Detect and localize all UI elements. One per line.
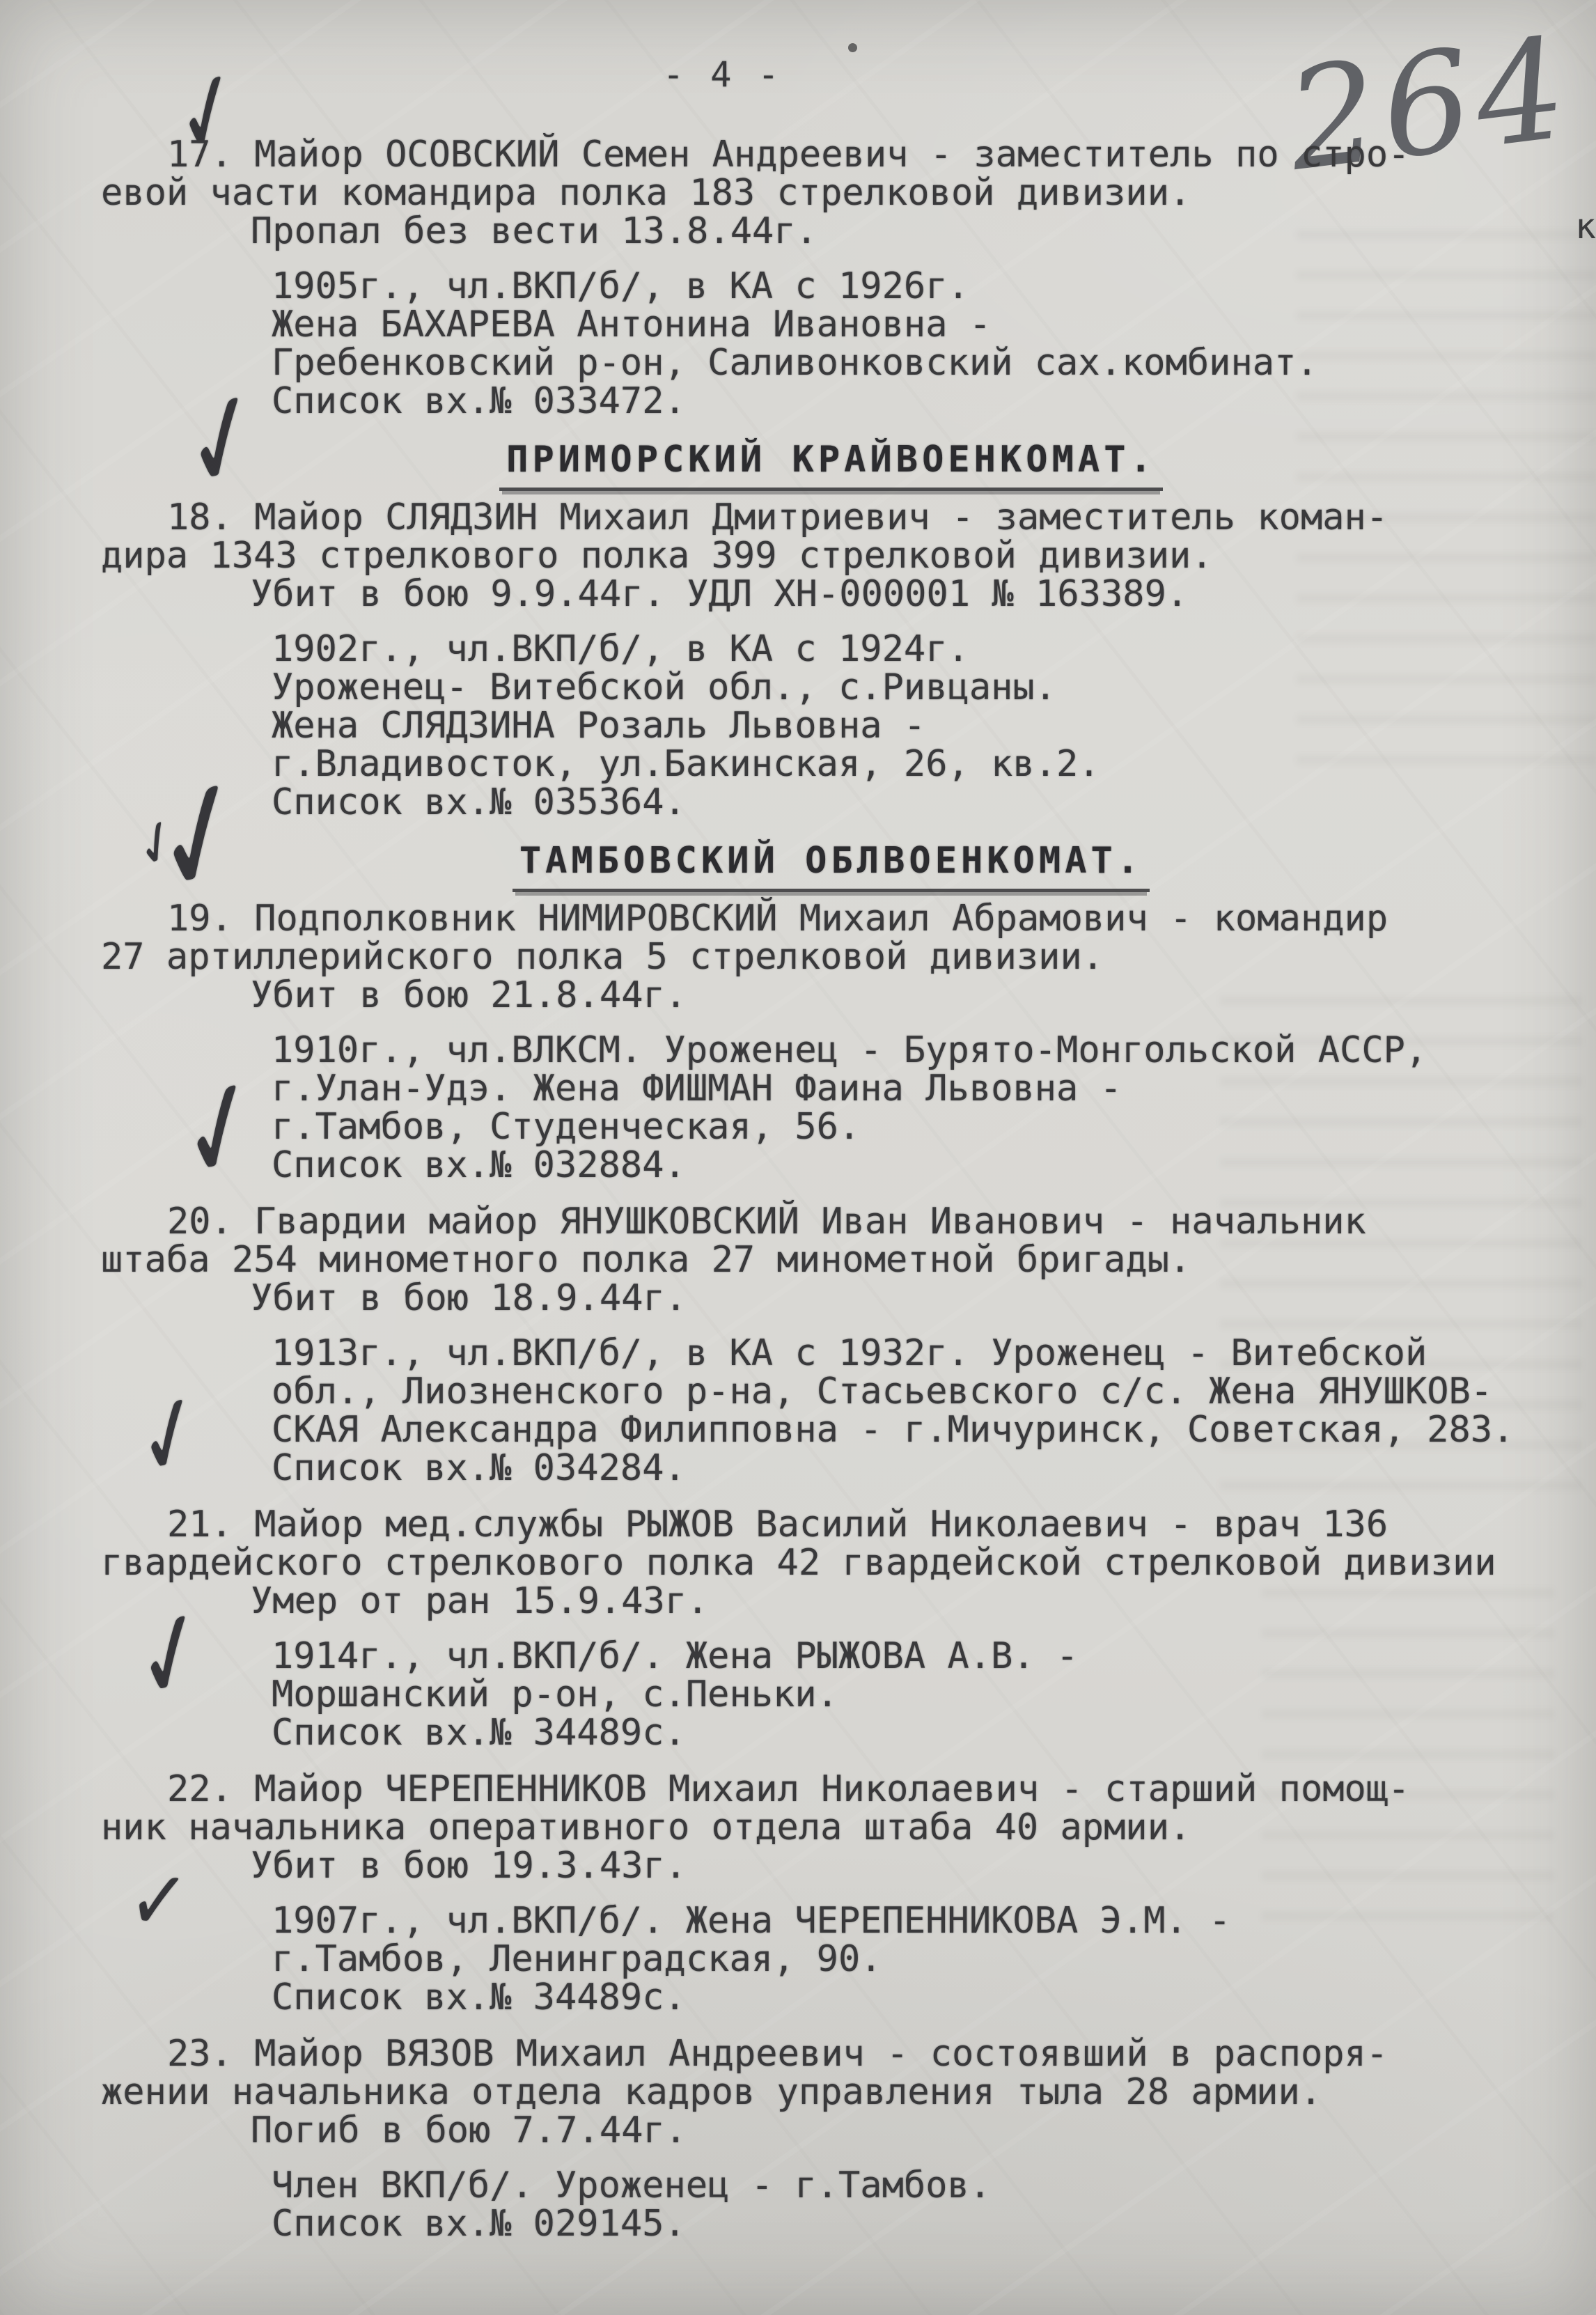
entry-line: 1905г., чл.ВКП/б/, в КА с 1926г. bbox=[101, 267, 1561, 306]
entry-line: Уроженец- Витебской обл., с.Ривцаны. bbox=[101, 669, 1561, 707]
entry-line: Пропал без вести 13.8.44г. bbox=[101, 212, 1561, 251]
entry-21: 21. Майор мед.службы РЫЖОВ Василий Никол… bbox=[101, 1506, 1561, 1752]
entry-line: Список вх.№ 033472. bbox=[101, 382, 1561, 421]
entry-18: 18. Майор СЛЯДЗИН Михаил Дмитриевич - за… bbox=[101, 499, 1561, 822]
entry-line: 20. Гвардии майор ЯНУШКОВСКИЙ Иван Ивано… bbox=[101, 1203, 1561, 1241]
entry-line: Гребенковский р-он, Саливонковский сах.к… bbox=[101, 344, 1561, 382]
entry-20: 20. Гвардии майор ЯНУШКОВСКИЙ Иван Ивано… bbox=[101, 1203, 1561, 1488]
entry-line: г.Тамбов, Студенческая, 56. bbox=[101, 1108, 1561, 1146]
page-number: - 4 - bbox=[663, 54, 782, 95]
entry-line: Список вх.№ 029145. bbox=[101, 2205, 1561, 2243]
entry-line: Убит в бою 9.9.44г. УДЛ ХН-000001 № 1633… bbox=[101, 575, 1561, 614]
entry-line: 1913г., чл.ВКП/б/, в КА с 1932г. Урожене… bbox=[101, 1334, 1561, 1373]
section-heading: ПРИМОРСКИЙ КРАЙВОЕНКОМАТ. bbox=[101, 439, 1561, 481]
entry-line: обл., Лиозненского р-на, Стасьевского с/… bbox=[101, 1373, 1561, 1411]
entry-line: 1910г., чл.ВЛКСМ. Уроженец - Бурято-Монг… bbox=[101, 1031, 1561, 1070]
entry-line: Моршанский р-он, с.Пеньки. bbox=[101, 1676, 1561, 1714]
entry-line: ник начальника оперативного отдела штаба… bbox=[101, 1809, 1561, 1847]
entry-line: Убит в бою 19.3.43г. bbox=[101, 1847, 1561, 1885]
entry-line: 17. Майор ОСОВСКИЙ Семен Андреевич - зам… bbox=[101, 136, 1561, 174]
entry-line: Жена БАХАРЕВА Антонина Ивановна - bbox=[101, 306, 1561, 344]
entry-line: Список вх.№ 034284. bbox=[101, 1449, 1561, 1488]
section-unheaded: 17. Майор ОСОВСКИЙ Семен Андреевич - зам… bbox=[101, 136, 1561, 421]
entry-line: 1914г., чл.ВКП/б/. Жена РЫЖОВА А.В. - bbox=[101, 1637, 1561, 1676]
entry-line: 18. Майор СЛЯДЗИН Михаил Дмитриевич - за… bbox=[101, 499, 1561, 537]
entry-line: 21. Майор мед.службы РЫЖОВ Василий Никол… bbox=[101, 1506, 1561, 1544]
entry-line: Список вх.№ 035364. bbox=[101, 784, 1561, 822]
edge-text-fragment: к bbox=[1575, 206, 1596, 247]
entry-line: Убит в бою 18.9.44г. bbox=[101, 1279, 1561, 1318]
entry-line: г.Улан-Удэ. Жена ФИШМАН Фаина Львовна - bbox=[101, 1070, 1561, 1108]
entry-line: Член ВКП/б/. Уроженец - г.Тамбов. bbox=[101, 2167, 1561, 2205]
document-body: 17. Майор ОСОВСКИЙ Семен Андреевич - зам… bbox=[101, 136, 1561, 2261]
entry-line: гвардейского стрелкового полка 42 гварде… bbox=[101, 1544, 1561, 1582]
entry-line: 22. Майор ЧЕРЕПЕННИКОВ Михаил Николаевич… bbox=[101, 1770, 1561, 1809]
entry-line: Список вх.№ 34489с. bbox=[101, 1979, 1561, 2017]
entry-17: 17. Майор ОСОВСКИЙ Семен Андреевич - зам… bbox=[101, 136, 1561, 421]
entry-line: Убит в бою 21.8.44г. bbox=[101, 976, 1561, 1015]
entry-line: Умер от ран 15.9.43г. bbox=[101, 1582, 1561, 1621]
entry-line: Список вх.№ 032884. bbox=[101, 1146, 1561, 1185]
entry-line: 19. Подполковник НИМИРОВСКИЙ Михаил Абра… bbox=[101, 900, 1561, 938]
entry-line: Список вх.№ 34489с. bbox=[101, 1714, 1561, 1752]
entry-22: 22. Майор ЧЕРЕПЕННИКОВ Михаил Николаевич… bbox=[101, 1770, 1561, 2017]
section-tambovsky-voenkomat: ТАМБОВСКИЙ ОБЛВОЕНКОМАТ. 19. Подполковни… bbox=[101, 840, 1561, 2243]
section-heading: ТАМБОВСКИЙ ОБЛВОЕНКОМАТ. bbox=[101, 840, 1561, 882]
entry-23: 23. Майор ВЯЗОВ Михаил Андреевич - состо… bbox=[101, 2035, 1561, 2243]
entry-line: 1907г., чл.ВКП/б/. Жена ЧЕРЕПЕННИКОВА Э.… bbox=[101, 1902, 1561, 1940]
entry-19: 19. Подполковник НИМИРОВСКИЙ Михаил Абра… bbox=[101, 900, 1561, 1185]
entry-line: 23. Майор ВЯЗОВ Михаил Андреевич - состо… bbox=[101, 2035, 1561, 2073]
document-page: - 4 - 264 к ✓ ✓ ✓ ✓ ✓ ✓ ✓ ✓ 17. Майор ОС… bbox=[0, 0, 1596, 2315]
entry-line: г.Тамбов, Ленинградская, 90. bbox=[101, 1940, 1561, 1979]
entry-line: г.Владивосток, ул.Бакинская, 26, кв.2. bbox=[101, 745, 1561, 784]
entry-line: штаба 254 минометного полка 27 минометно… bbox=[101, 1241, 1561, 1279]
entry-line: евой части командира полка 183 стрелково… bbox=[101, 174, 1561, 212]
entry-line: 1902г., чл.ВКП/б/, в КА с 1924г. bbox=[101, 630, 1561, 669]
entry-line: Погиб в бою 7.7.44г. bbox=[101, 2112, 1561, 2150]
entry-line: жении начальника отдела кадров управлени… bbox=[101, 2073, 1561, 2112]
section-primorsky-voenkomat: ПРИМОРСКИЙ КРАЙВОЕНКОМАТ. 18. Майор СЛЯД… bbox=[101, 439, 1561, 822]
ink-speck bbox=[848, 43, 857, 52]
entry-line: СКАЯ Александра Филипповна - г.Мичуринск… bbox=[101, 1411, 1561, 1449]
entry-line: Жена СЛЯДЗИНА Розаль Львовна - bbox=[101, 707, 1561, 745]
entry-line: 27 артиллерийского полка 5 стрелковой ди… bbox=[101, 938, 1561, 976]
entry-line: дира 1343 стрелкового полка 399 стрелков… bbox=[101, 537, 1561, 575]
